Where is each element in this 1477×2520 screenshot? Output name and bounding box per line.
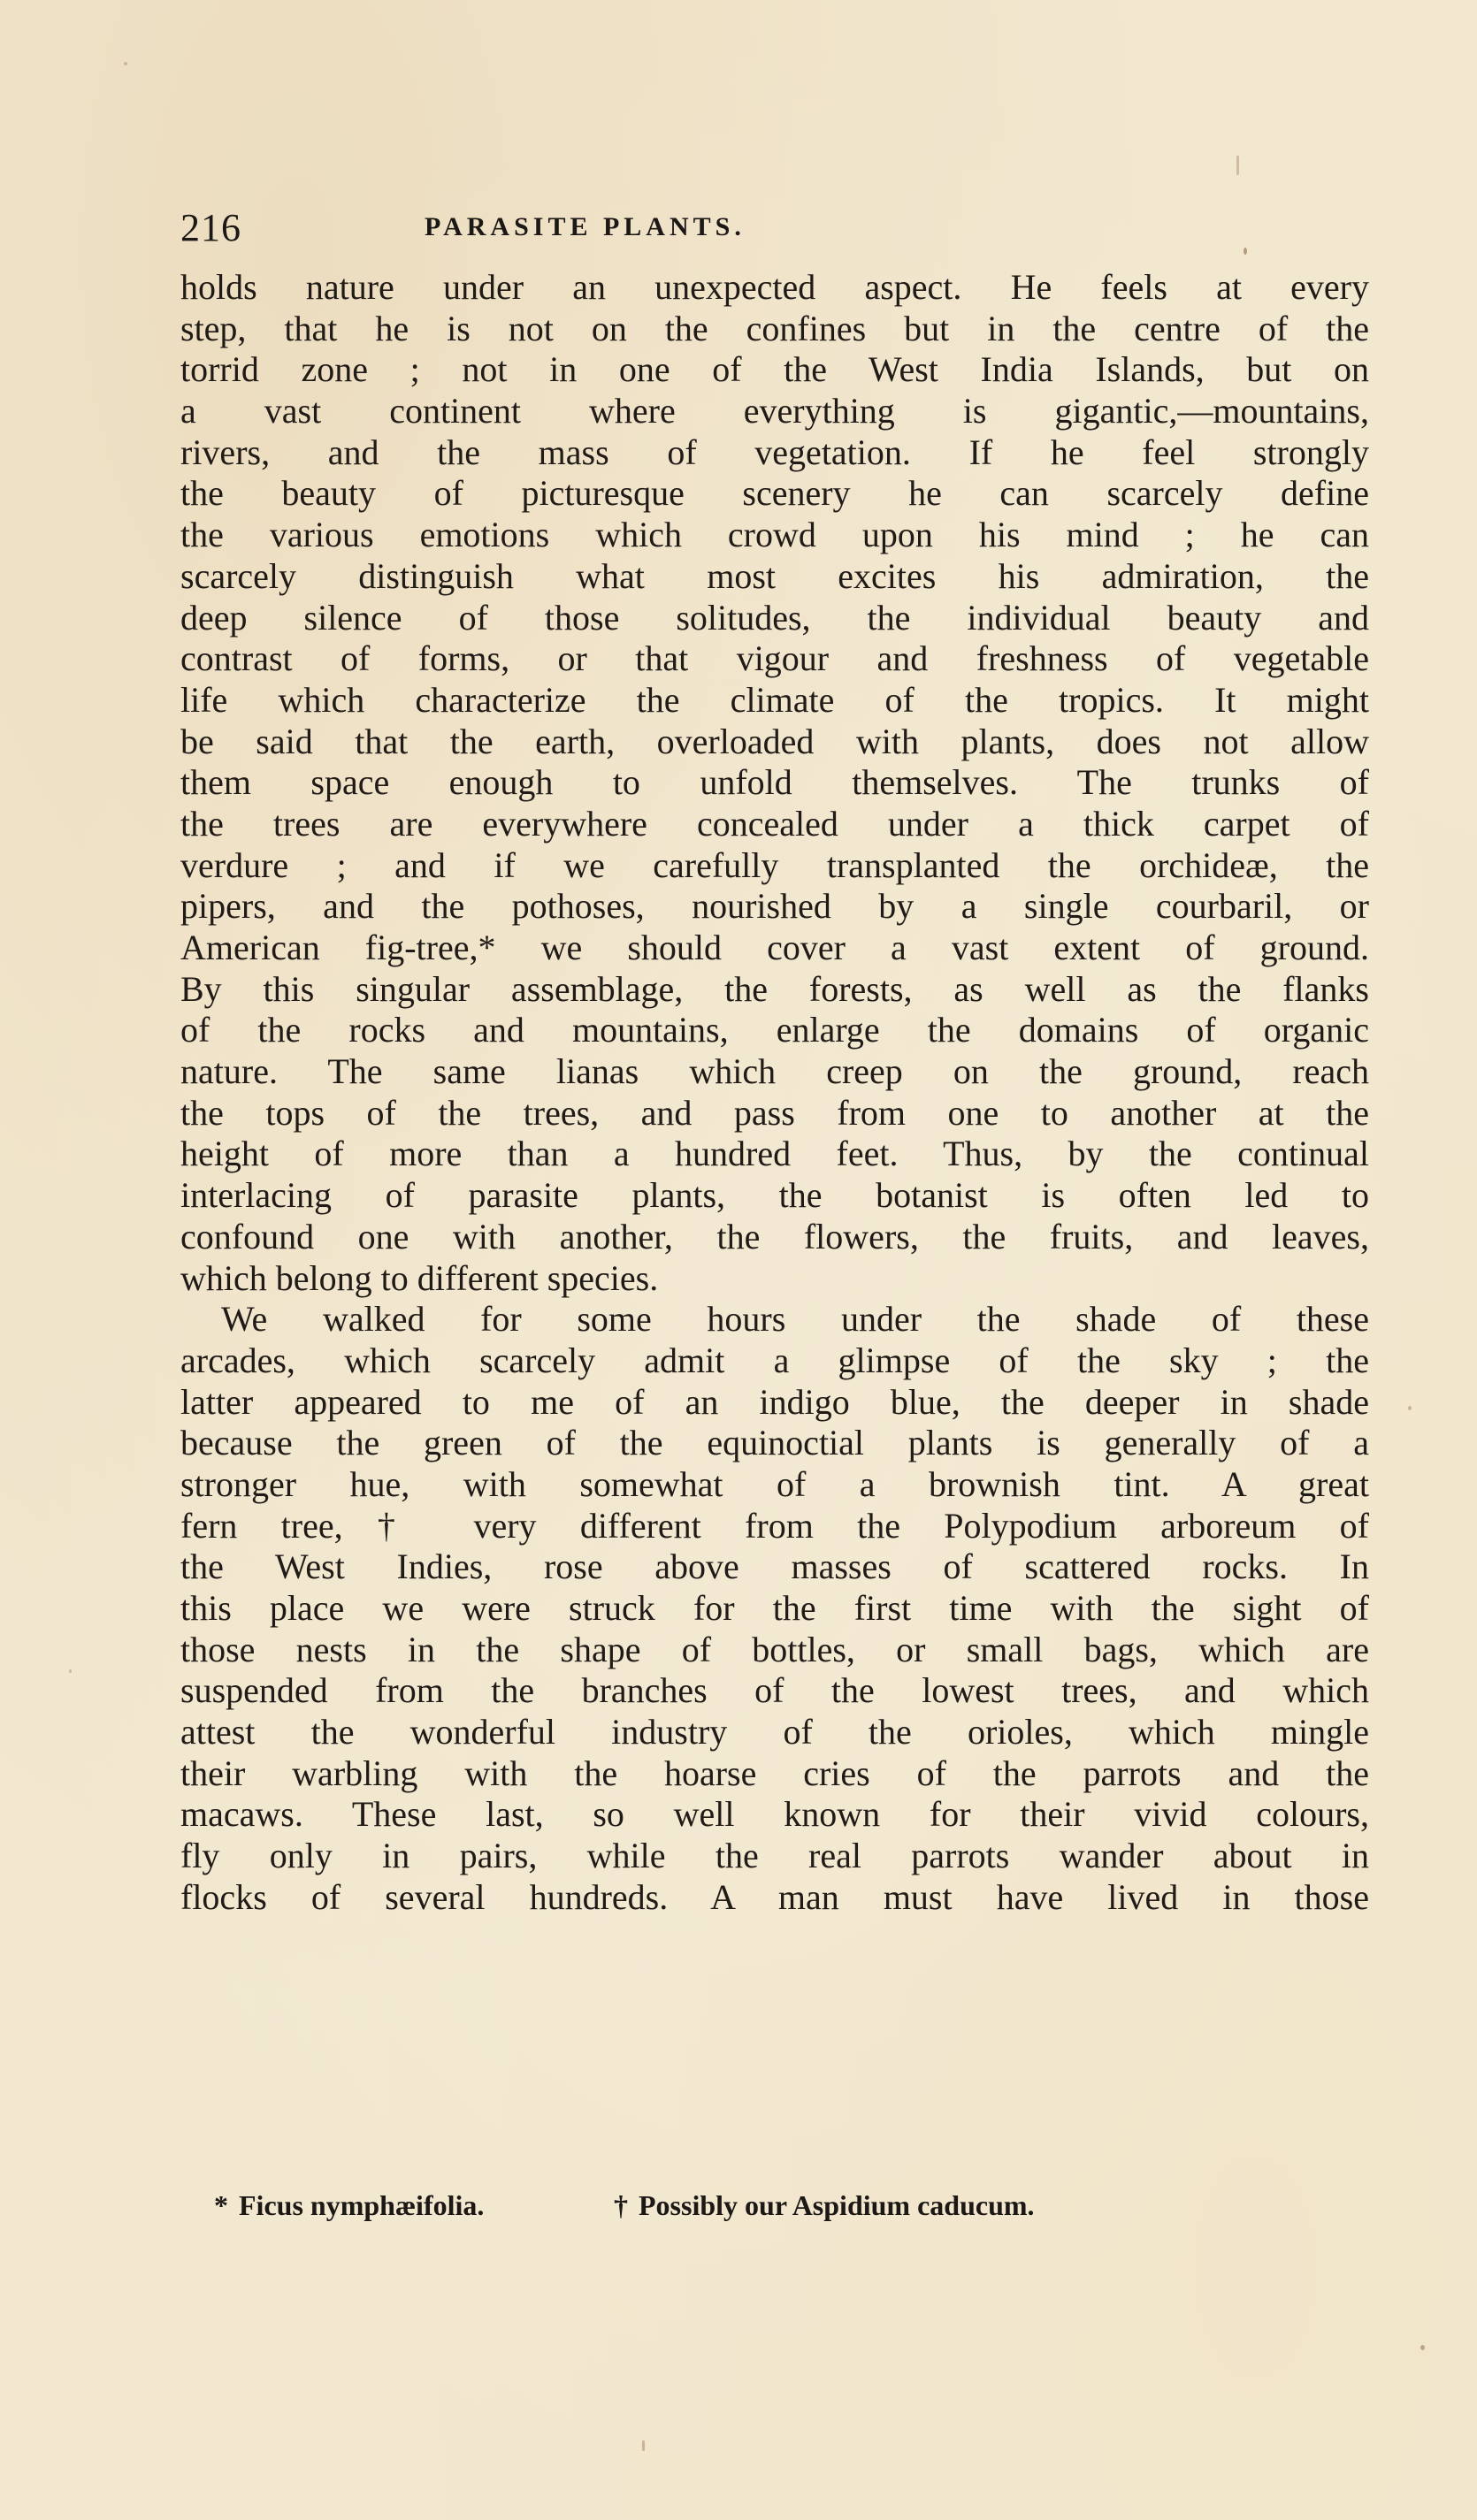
footnotes: *Ficus nymphæifolia. †Possibly our Aspid… (214, 2189, 1364, 2234)
footnote-text: Ficus nymphæifolia. (239, 2189, 484, 2221)
text-line: scarcely distinguish what most excites h… (180, 556, 1369, 598)
paragraph-2: We walked for some hours under the shade… (180, 1299, 1369, 1918)
paper-speck (1408, 1406, 1412, 1410)
text-line: confound one with another, the flowers, … (180, 1217, 1369, 1258)
text-line: rivers, and the mass of vegetation. If h… (180, 432, 1369, 474)
text-line: By this singular assemblage, the forests… (180, 969, 1369, 1011)
text-line: We walked for some hours under the shade… (180, 1299, 1369, 1340)
text-line: fern tree,† very different from the Poly… (180, 1506, 1369, 1547)
paper-speck (124, 62, 127, 65)
paper-speck (1244, 248, 1247, 255)
footnote-dagger: †Possibly our Aspidium caducum. (614, 2189, 1035, 2222)
paper-speck (1420, 2345, 1425, 2350)
page-number: 216 (180, 205, 241, 250)
text-line: this place we were struck for the first … (180, 1588, 1369, 1630)
text-line: the various emotions which crowd upon hi… (180, 515, 1369, 556)
text-line: of the rocks and mountains, enlarge the … (180, 1010, 1369, 1051)
text-line: torrid zone ; not in one of the West Ind… (180, 349, 1369, 391)
text-line: suspended from the branches of the lowes… (180, 1670, 1369, 1712)
text-line: arcades, which scarcely admit a glimpse … (180, 1340, 1369, 1382)
text-line: life which characterize the climate of t… (180, 680, 1369, 722)
text-line: pipers, and the pothoses, nourished by a… (180, 886, 1369, 928)
footnote-text: Possibly our Aspidium caducum. (639, 2189, 1035, 2221)
paper-speck (69, 1669, 72, 1673)
text-line: interlacing of parasite plants, the bota… (180, 1175, 1369, 1217)
text-line: the trees are everywhere concealed under… (180, 804, 1369, 845)
text-line: the West Indies, rose above masses of sc… (180, 1546, 1369, 1588)
book-page: 216 PARASITE PLANTS. holds nature under … (0, 0, 1477, 2520)
text-line: the tops of the trees, and pass from one… (180, 1093, 1369, 1134)
text-line: step, that he is not on the confines but… (180, 309, 1369, 350)
paper-speck (1236, 156, 1239, 175)
text-line: because the green of the equinoctial pla… (180, 1423, 1369, 1464)
text-line: be said that the earth, overloaded with … (180, 722, 1369, 763)
text-line: stronger hue, with somewhat of a brownis… (180, 1464, 1369, 1506)
text-line: American fig-tree,* we should cover a va… (180, 928, 1369, 969)
text-line: which belong to different species. (180, 1258, 1369, 1300)
text-line: verdure ; and if we carefully transplant… (180, 845, 1369, 887)
text-line: latter appeared to me of an indigo blue,… (180, 1382, 1369, 1424)
dagger-mark: † (614, 2189, 628, 2221)
text-line: height of more than a hundred feet. Thus… (180, 1134, 1369, 1175)
text-line: nature. The same lianas which creep on t… (180, 1051, 1369, 1093)
text-line: macaws. These last, so well known for th… (180, 1794, 1369, 1836)
paragraph-1: holds nature under an unexpected aspect.… (180, 267, 1369, 1299)
text-line: fly only in pairs, while the real parrot… (180, 1836, 1369, 1877)
text-line: attest the wonderful industry of the ori… (180, 1712, 1369, 1753)
text-line: holds nature under an unexpected aspect.… (180, 267, 1369, 309)
text-line: the beauty of picturesque scenery he can… (180, 473, 1369, 515)
text-line: a vast continent where everything is gig… (180, 391, 1369, 432)
text-line: deep silence of those solitudes, the ind… (180, 598, 1369, 639)
running-head: 216 PARASITE PLANTS. (180, 205, 1366, 258)
asterisk-mark: * (214, 2189, 228, 2221)
text-line: contrast of forms, or that vigour and fr… (180, 638, 1369, 680)
body-text: holds nature under an unexpected aspect.… (180, 267, 1369, 1919)
text-line: those nests in the shape of bottles, or … (180, 1630, 1369, 1671)
running-title: PARASITE PLANTS. (425, 212, 746, 242)
paper-speck (642, 2440, 645, 2451)
text-line: their warbling with the hoarse cries of … (180, 1753, 1369, 1795)
footnote-asterisk: *Ficus nymphæifolia. (214, 2189, 484, 2222)
text-line: them space enough to unfold themselves. … (180, 762, 1369, 804)
text-line: flocks of several hundreds. A man must h… (180, 1877, 1369, 1919)
